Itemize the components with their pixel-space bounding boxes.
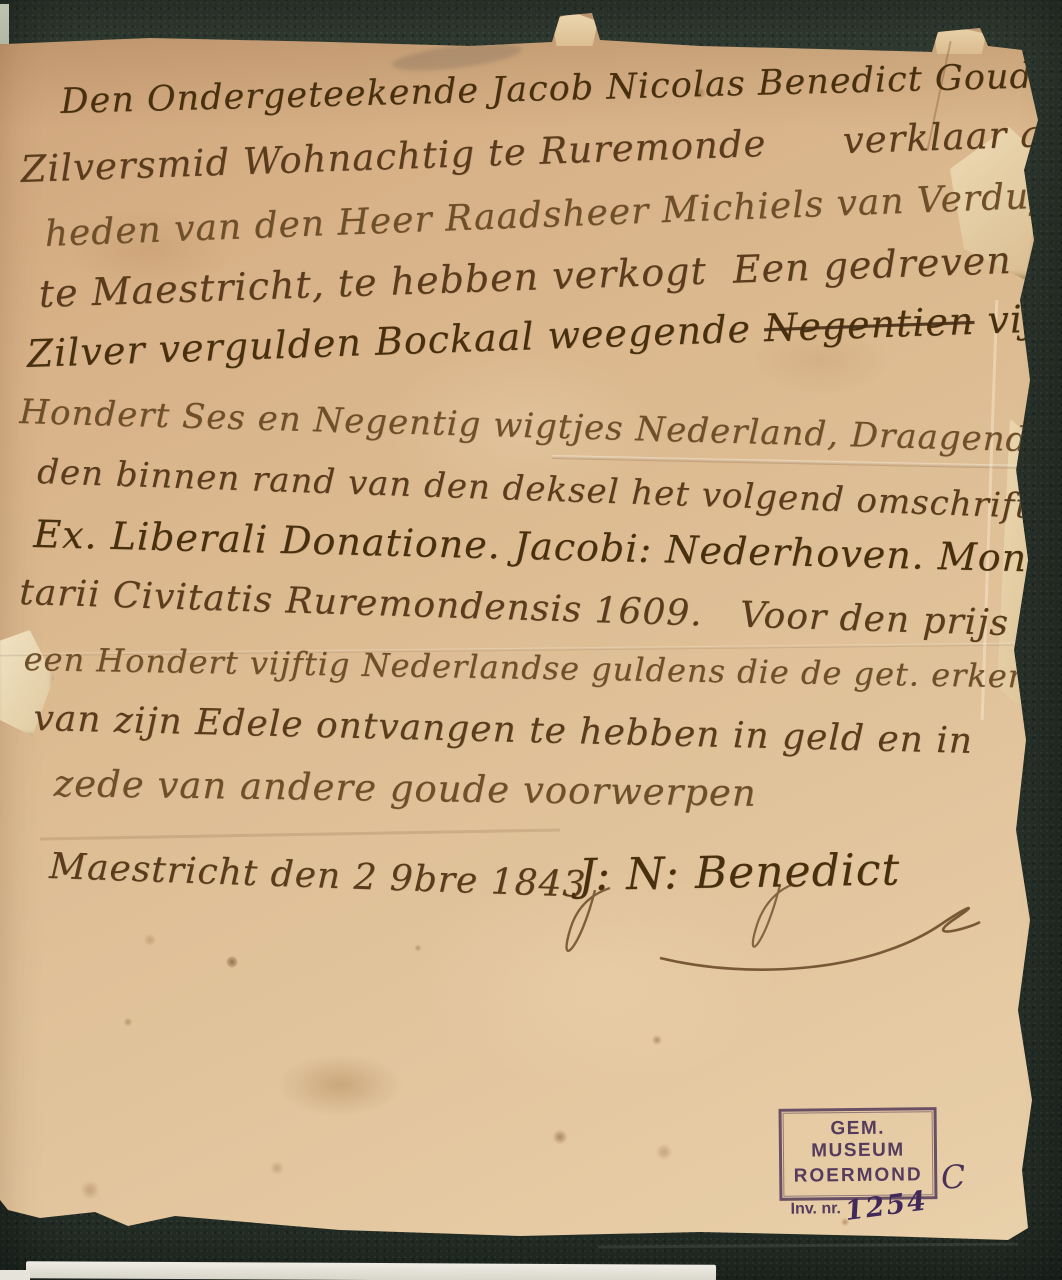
signature: J: N: Benedict xyxy=(578,844,901,901)
handwritten-line: Hondert Ses en Negentig wigtjes Nederlan… xyxy=(19,392,1062,462)
manuscript-paper: Den Ondergeteekende Jacob Nicolas Benedi… xyxy=(0,0,1062,1280)
museum-stamp: GEM. MUSEUM ROERMOND Inv. nr.1254 xyxy=(779,1107,938,1201)
dateline: Maestricht den 2 9bre 1843 xyxy=(49,846,588,906)
paper-tab-top-right xyxy=(934,28,986,54)
handwritten-line: Den Ondergeteekende Jacob Nicolas Benedi… xyxy=(60,55,1062,122)
handwritten-line: Ex. Liberali Donatione. Jacobi: Nederhov… xyxy=(33,512,1051,581)
handwritten-line: zede van andere goude voorwerpen xyxy=(53,762,757,815)
inventory-number: 1254 xyxy=(843,1185,930,1227)
handwritten-line: een Hondert vijftig Nederlandse guldens … xyxy=(23,640,1043,696)
stamp-museum-name: GEM. MUSEUM xyxy=(782,1117,934,1163)
leather-seam xyxy=(598,1243,1018,1249)
line-segment: vijf xyxy=(974,296,1052,343)
book-page-edge-bottom-left xyxy=(0,1270,30,1280)
struck-word: Negentien xyxy=(763,299,975,350)
line-segment: Zilver vergulden Bockaal weegende xyxy=(26,306,765,376)
stamp-city: ROERMOND xyxy=(782,1164,934,1188)
photo-of-manuscript: Den Ondergeteekende Jacob Nicolas Benedi… xyxy=(0,0,1062,1280)
stamp-inventory-line: Inv. nr.1254 xyxy=(782,1188,934,1221)
handwritten-line: Zilversmid Wohnachtig te Ruremonde verkl… xyxy=(20,112,1044,191)
book-page-edge-bottom xyxy=(26,1261,716,1280)
handwritten-line: tarii Civitatis Ruremondensis 1609. Voor… xyxy=(19,572,1010,644)
paper-tab-top xyxy=(552,12,598,46)
handwritten-line: van zijn Edele ontvangen te hebben in ge… xyxy=(33,698,973,762)
annotation-letter: C xyxy=(940,1157,967,1197)
paper-crease xyxy=(40,828,560,840)
stamp-inventory-label: Inv. nr. xyxy=(790,1200,841,1218)
